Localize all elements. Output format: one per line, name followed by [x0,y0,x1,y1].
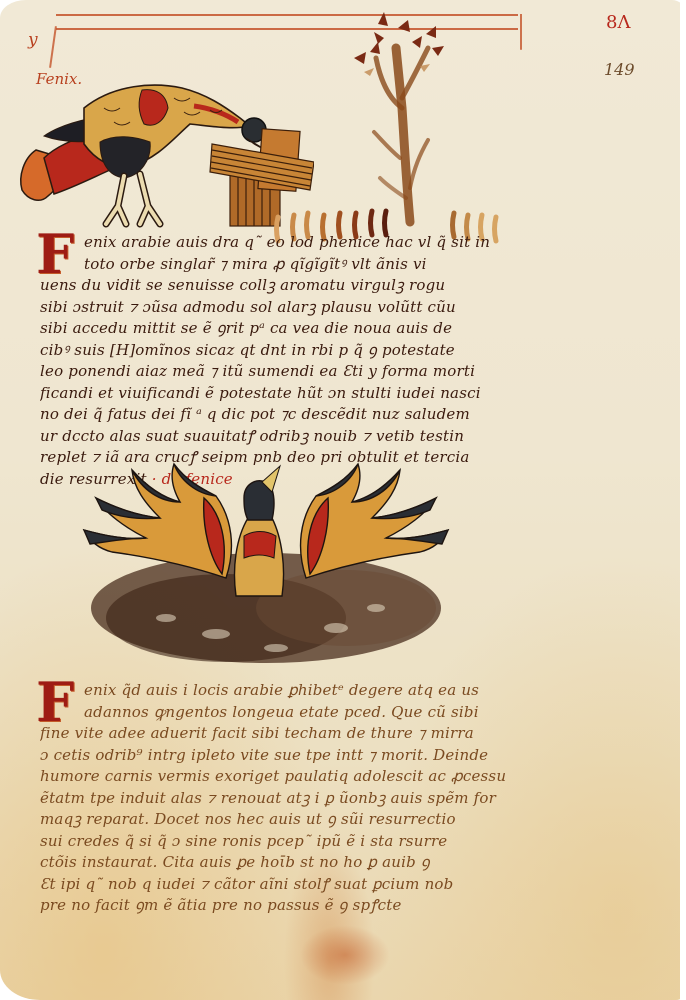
phoenix-gathering-wood-illustration [14,78,314,228]
red-ruling-left-hook [49,26,57,68]
ink-stain [300,925,390,985]
text-line: ctõis instaurat. Cita auis ꝑe hoῑb st no… [40,852,524,874]
manuscript-page: y 8Λ 149 Fenix. [0,0,686,1000]
text-line: no dei q̃ fatus dei fĩ ᵃ q dic pot ⁊c de… [40,404,524,426]
text-line: Ɛt ipi q˜ nob q iudei ⁊ cãtor aĩni stolꝭ… [40,874,524,896]
text-line: sui credes q̃ si q̃ ɔ sine ronis pcep˜ i… [40,831,524,853]
text-line: pre no facit ꝯm ẽ ãtia pre no passus ẽ ꝯ… [40,895,524,917]
text-line: enix q̃d auis i locis arabie ꝑhibetᵉ deg… [84,680,524,702]
text-line: maqꝫ reparat. Docet nos hec auis ut ꝯ sũ… [40,809,524,831]
text-line: leo ponendi aiaz meã ⁊ itũ sumendi ea Ɛt… [40,361,524,383]
text-line: cibꝰ suis [H]omĩnos sicaz qt dnt in rbi … [40,340,524,362]
text-line: sibi ɔstruit ⁊ ɔũsa admodu sol alarꝫ pla… [40,297,524,319]
text-line: ẽtatm tpe induit alas ⁊ renouat atꝫ i ꝑ … [40,788,524,810]
paragraph-1: enix arabie auis dra q˜ eo lod phenice h… [84,232,524,275]
text-line: ur dccto alas suat suauitatꝭ odribꝫ noui… [40,426,524,448]
text-line: adannos ꝙngentos longeua etate pced. Que… [84,702,524,724]
folio-mark-red: 8Λ [606,12,630,33]
page-edge [680,0,686,1000]
text-line: humore carnis vermis exoriget paulatiq a… [40,766,524,788]
text-line: sibi accedu mittit se ẽ ꝯrit pᵃ ca vea d… [40,318,524,340]
paragraph-2: enix q̃d auis i locis arabie ꝑhibetᵉ deg… [84,680,524,723]
text-line: ɔ cetis odrib⁹ intrg ipleto vite sue tpe… [40,745,524,767]
quire-mark: y [28,30,38,50]
text-line: uens du vidit se senuisse collꝫ aromatu … [40,275,524,297]
red-ruling-right-hook [520,14,522,50]
text-line: ficandi et viuificandi ẽ potestate hũt ɔ… [40,383,524,405]
text-line: fine vite adee aduerit facit sibi techam… [40,723,524,745]
text-line: toto orbe singlar̃ ⁊ mira ꝓ qĩgĩgĩtꝰ vlt… [84,254,524,276]
text-line: enix arabie auis dra q˜ eo lod phenice h… [84,232,524,254]
tree-illustration [340,8,460,228]
folio-number: 149 [604,60,635,79]
phoenix-rising-illustration [76,458,466,678]
paragraph-2-continued: fine vite adee aduerit facit sibi techam… [40,723,524,917]
